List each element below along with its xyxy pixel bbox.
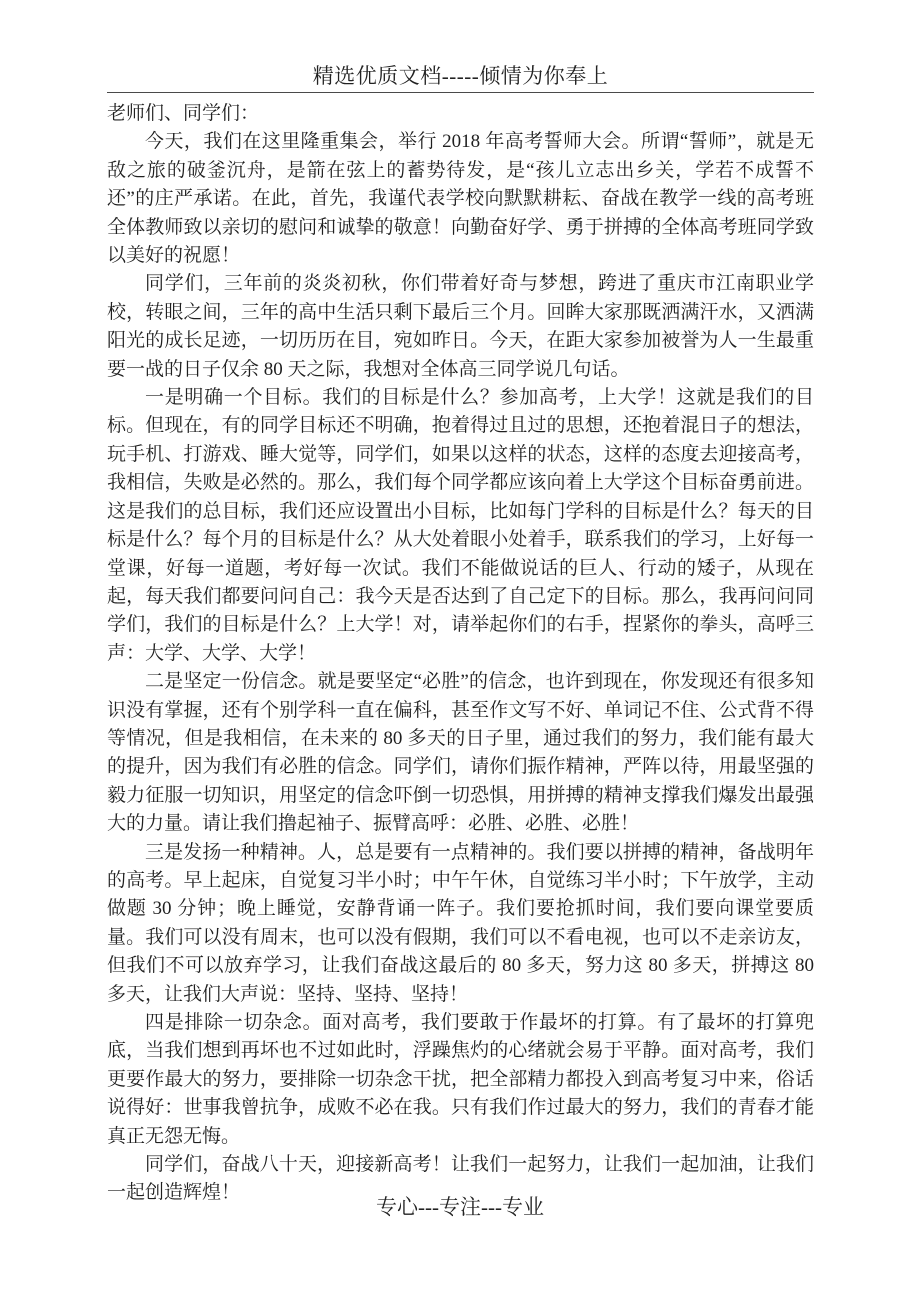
page-footer: 专心---专注---专业: [0, 1194, 920, 1220]
paragraph-point-4-focus: 四是排除一切杂念。面对高考，我们要敢于作最坏的打算。有了最坏的打算兜底，当我们想…: [107, 1009, 814, 1151]
salutation-line: 老师们、同学们：: [107, 100, 814, 128]
paragraph-review: 同学们，三年前的炎炎初秋，你们带着好奇与梦想，跨进了重庆市江南职业学校，转眼之间…: [107, 270, 814, 384]
document-page: 精选优质文档-----倾情为你奉上 老师们、同学们： 今天，我们在这里隆重集会，…: [0, 0, 920, 1302]
paragraph-point-2-belief: 二是坚定一份信念。就是要坚定“必胜”的信念，也许到现在，你发现还有很多知识没有掌…: [107, 668, 814, 838]
paragraph-point-3-spirit: 三是发扬一种精神。人，总是要有一点精神的。我们要以拼搏的精神，备战明年的高考。早…: [107, 839, 814, 1009]
document-body: 老师们、同学们： 今天，我们在这里隆重集会，举行 2018 年高考誓师大会。所谓…: [107, 100, 814, 1208]
footer-slogan: 专心---专注---专业: [376, 1195, 544, 1219]
paragraph-point-1-goal: 一是明确一个目标。我们的目标是什么？参加高考，上大学！这就是我们的目标。但现在，…: [107, 384, 814, 668]
header-title: 精选优质文档-----倾情为你奉上: [313, 64, 608, 88]
header-divider: [107, 92, 814, 93]
page-header: 精选优质文档-----倾情为你奉上: [107, 63, 814, 89]
paragraph-intro: 今天，我们在这里隆重集会，举行 2018 年高考誓师大会。所谓“誓师”，就是无敌…: [107, 128, 814, 270]
